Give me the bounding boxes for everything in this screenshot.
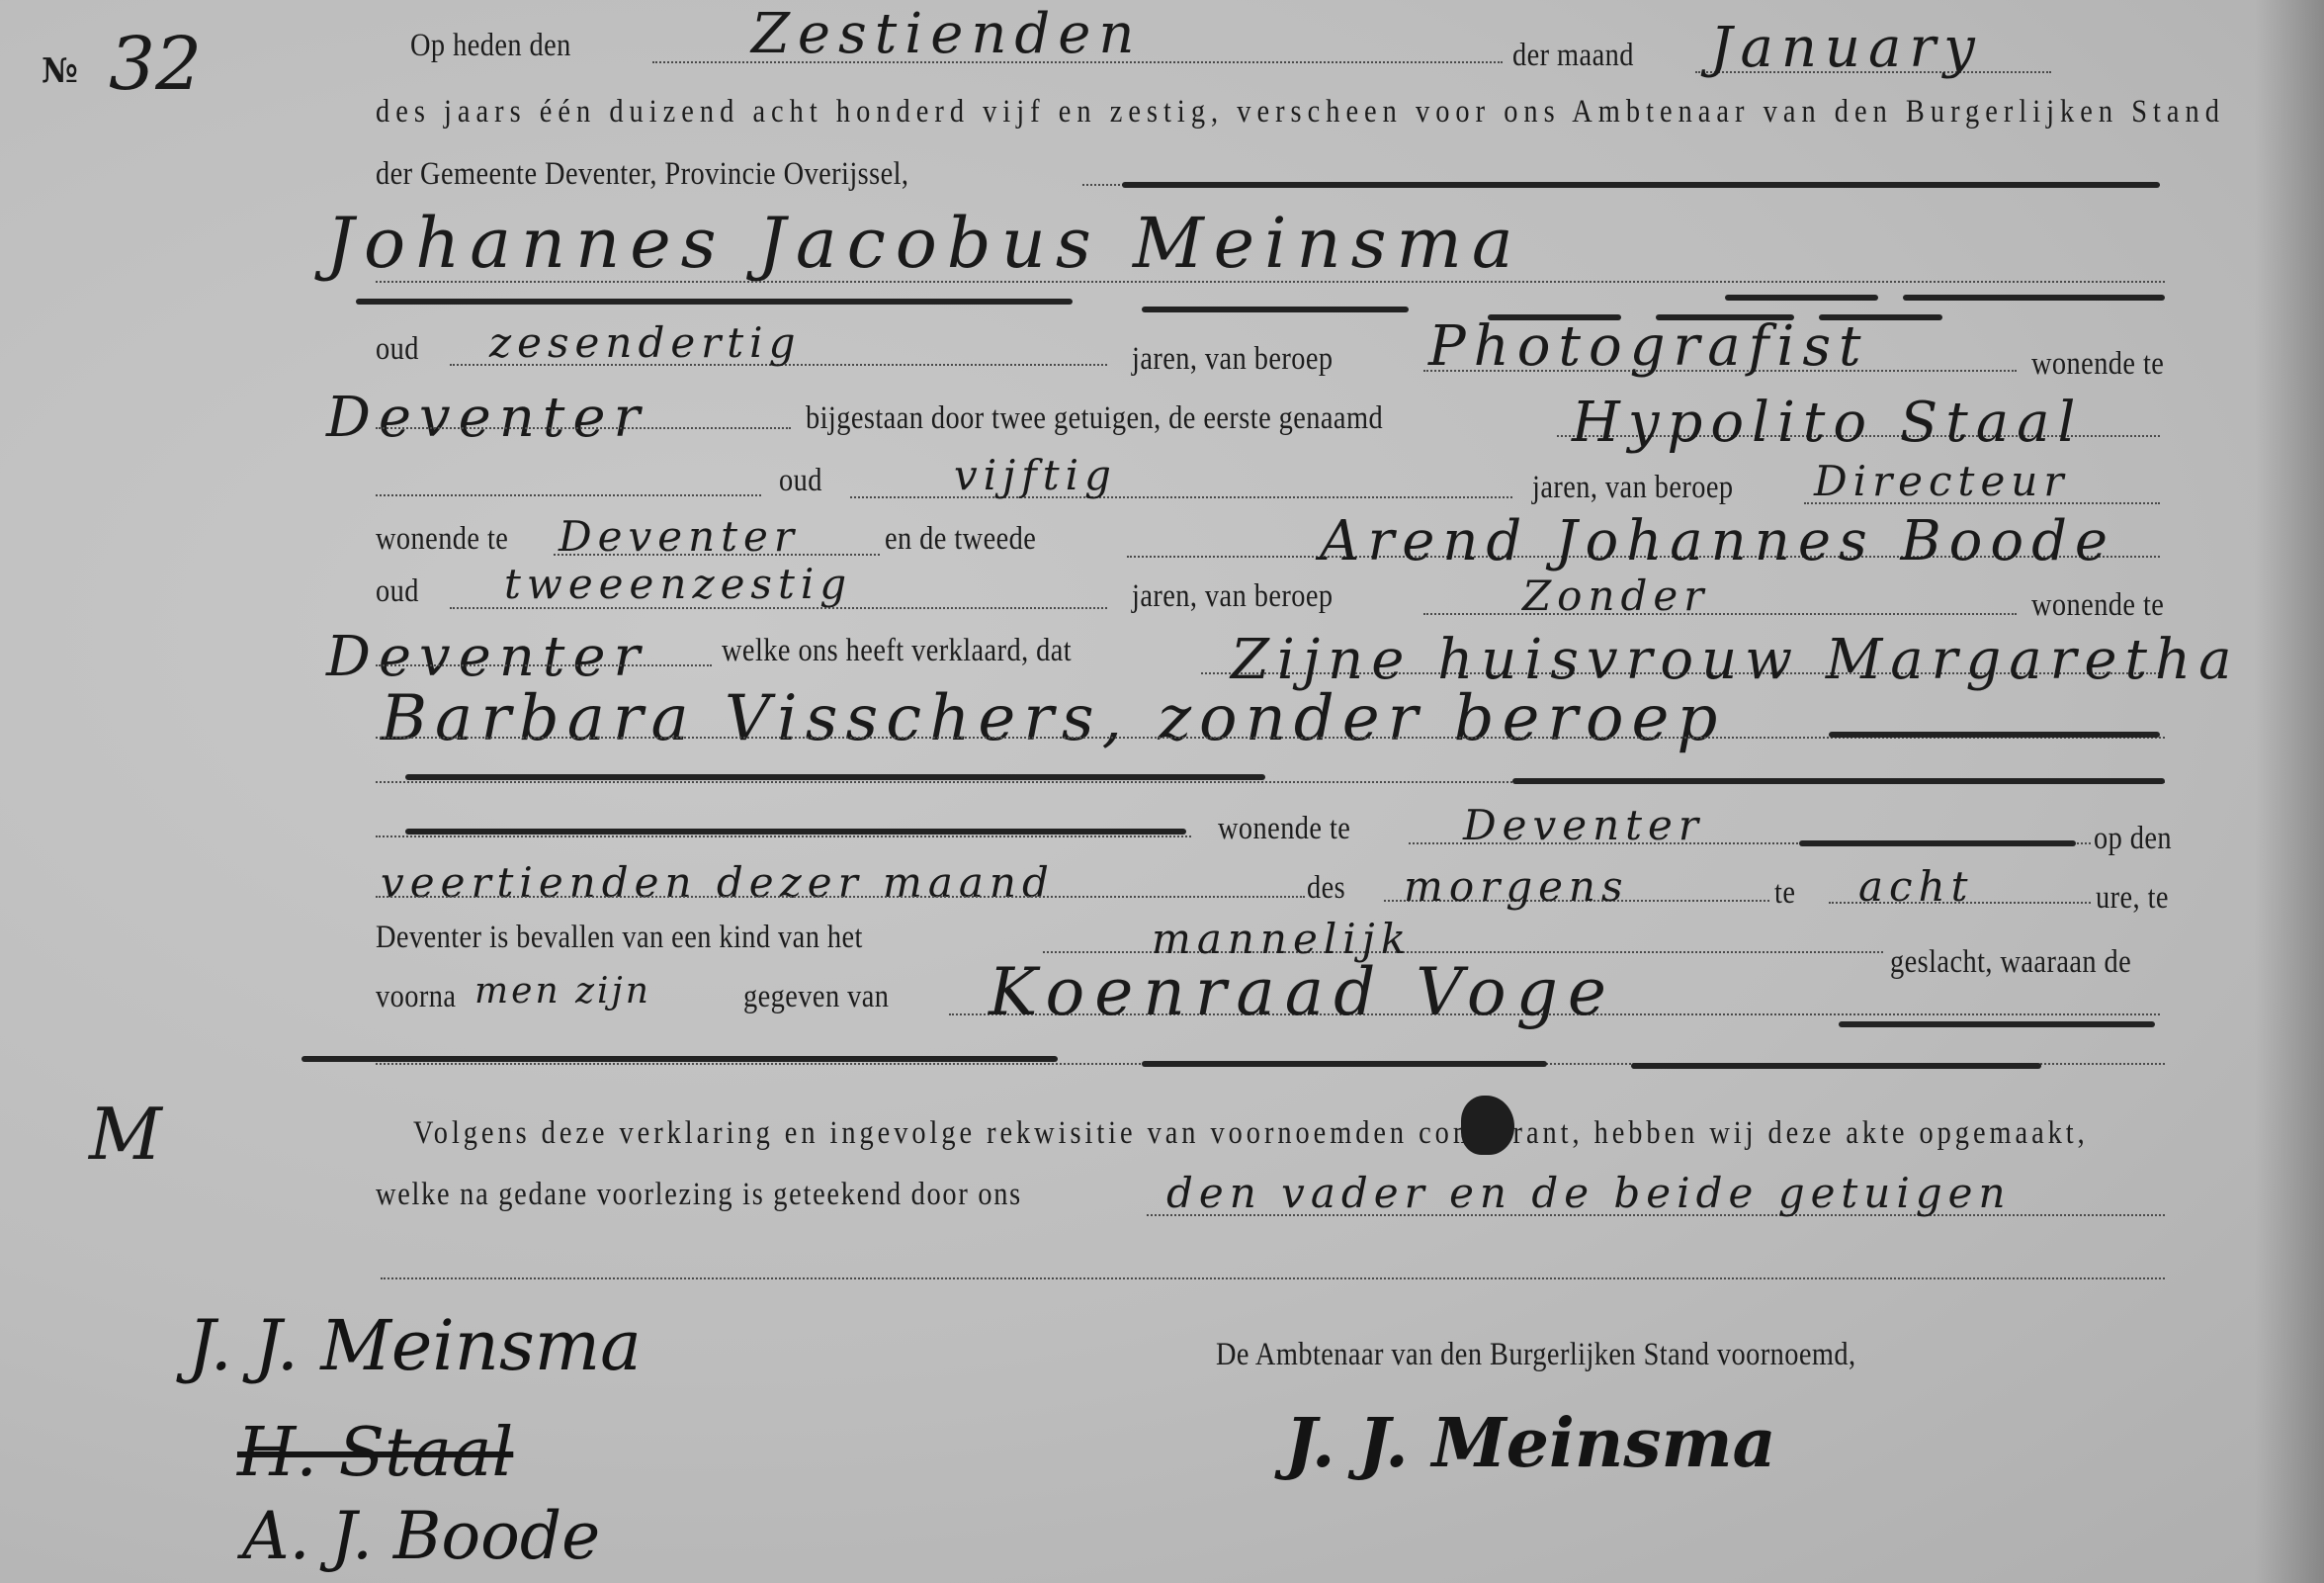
printed-wonende-te: wonende te	[1218, 811, 1350, 847]
fill-line	[376, 835, 1191, 837]
fill-rule	[1142, 307, 1409, 312]
handwritten-witness1-name: Hypolito Staal	[1572, 391, 2083, 455]
printed-geslacht: geslacht, waaraan de	[1890, 944, 2131, 981]
handwritten-declarant-residence: Deventer	[326, 386, 647, 450]
printed-welke-na: welke na gedane voorlezing is geteekend …	[376, 1177, 1022, 1213]
printed-bevallen: Deventer is bevallen van een kind van he…	[376, 920, 863, 956]
handwritten-witness2-occupation: Zonder	[1522, 572, 1709, 620]
fill-line	[376, 494, 761, 496]
printed-voorna: voorna	[376, 979, 456, 1015]
handwritten-declarant-occupation: Photografist	[1428, 314, 1869, 379]
handwritten-declarant-name: Johannes Jacobus Meinsma	[326, 203, 1523, 284]
printed-gegeven-van: gegeven van	[743, 979, 889, 1015]
fill-rule	[1142, 1061, 1547, 1067]
printed-der-maand: der maand	[1512, 38, 1634, 74]
printed-volgens: Volgens deze verklaring en ingevolge rek…	[413, 1115, 2089, 1152]
fill-line	[1423, 613, 2017, 615]
handwritten-hour: acht	[1858, 862, 1974, 911]
handwritten-witness2-name: Arend Johannes Boode	[1320, 509, 2115, 573]
printed-wonende-te: wonende te	[2031, 587, 2164, 624]
record-number-label: №	[42, 51, 78, 91]
printed-en-de-tweede: en de tweede	[885, 521, 1036, 558]
signature-declarant: J. J. Meinsma	[188, 1305, 642, 1386]
handwritten-witness1-age: vijftig	[954, 451, 1117, 499]
signature-official: J. J. Meinsma	[1285, 1404, 1776, 1483]
signature-witness1: H. Staal	[237, 1414, 513, 1492]
printed-jaren-van-beroep: jaren, van beroep	[1132, 341, 1334, 378]
handwritten-declarant-age: zesendertig	[489, 318, 801, 367]
handwritten-birth-day: veertienden dezer maand	[381, 858, 1055, 907]
fill-line	[376, 896, 1305, 898]
fill-line	[850, 496, 1512, 498]
handwritten-margin-note: M	[89, 1093, 162, 1176]
handwritten-witness2-residence: Deventer	[326, 625, 647, 689]
fill-rule	[1829, 732, 2160, 738]
printed-oud: oud	[376, 331, 419, 368]
handwritten-witness1-occupation: Directeur	[1814, 457, 2069, 505]
fill-rule	[405, 829, 1186, 835]
printed-line-2: des jaars één duizend acht honderd vijf …	[376, 94, 2225, 131]
handwritten-time-of-day: morgens	[1404, 862, 1629, 911]
fill-rule	[1512, 778, 2165, 784]
printed-jaren-van-beroep: jaren, van beroep	[1132, 578, 1334, 615]
printed-op-heden-den: Op heden den	[410, 28, 571, 64]
handwritten-child-name: Koenraad Voge	[989, 954, 1616, 1030]
handwritten-signed-by: den vader en de beide getuigen	[1166, 1169, 2012, 1217]
fill-rule	[1725, 295, 1878, 301]
printed-oud: oud	[779, 463, 822, 499]
printed-welke-ons: welke ons heeft verklaard, dat	[722, 633, 1072, 669]
printed-op-den: op den	[2094, 821, 2172, 857]
handwritten-mother-residence: Deventer	[1463, 801, 1704, 849]
printed-ambtenaar: De Ambtenaar van den Burgerlijken Stand …	[1216, 1337, 1856, 1373]
handwritten-month: January	[1710, 16, 1983, 80]
fill-line	[376, 281, 2165, 283]
fill-line	[376, 664, 712, 666]
fill-rule	[1122, 182, 2160, 188]
fill-rule	[1839, 1021, 2155, 1027]
fill-rule	[405, 774, 1265, 780]
fill-line	[376, 427, 791, 429]
fill-rule	[1799, 840, 2076, 846]
handwritten-day: Zestienden	[751, 2, 1142, 66]
printed-wonende-te: wonende te	[2031, 346, 2164, 383]
printed-line-3: der Gemeente Deventer, Provincie Overijs…	[376, 156, 908, 193]
page-edge-shadow	[2255, 0, 2324, 1583]
handwritten-mother-line2: Barbara Visschers, zonder beroep	[381, 682, 1725, 755]
signature-witness2: A. J. Boode	[242, 1498, 600, 1574]
printed-oud: oud	[376, 573, 419, 610]
printed-des: des	[1307, 870, 1345, 907]
handwritten-voorna-suffix: men zijn	[474, 971, 651, 1011]
fill-rule	[356, 299, 1073, 305]
printed-bijgestaan: bijgestaan door twee getuigen, de eerste…	[806, 400, 1383, 437]
handwritten-witness1-residence: Deventer	[559, 512, 800, 561]
birth-record-page: № 32 Op heden den Zestienden der maand J…	[0, 0, 2324, 1583]
fill-rule	[301, 1056, 1058, 1062]
printed-wonende-te: wonende te	[376, 521, 508, 558]
printed-jaren-van-beroep: jaren, van beroep	[1532, 470, 1734, 506]
ink-blot	[1461, 1096, 1514, 1155]
printed-ure-te: ure, te	[2096, 880, 2169, 917]
fill-rule	[1903, 295, 2165, 301]
fill-rule	[1631, 1063, 2041, 1069]
handwritten-witness2-age: tweeenzestig	[504, 560, 852, 608]
printed-te: te	[1774, 875, 1795, 912]
fill-line	[381, 1277, 2165, 1279]
record-number-value: 32	[109, 22, 202, 107]
